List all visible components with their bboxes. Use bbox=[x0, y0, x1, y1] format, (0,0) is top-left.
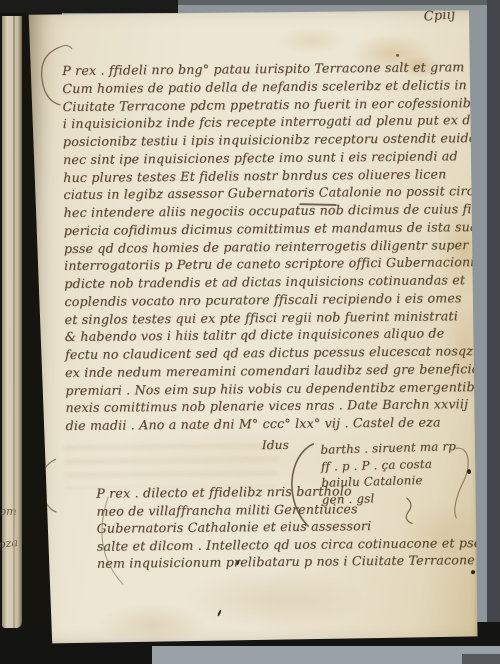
ink-bleedthrough bbox=[64, 443, 278, 489]
backdrop-top-left-black bbox=[0, 0, 178, 13]
manuscript-line: die madii . Ano a nate dni M° ccc° lxx° … bbox=[66, 413, 466, 435]
stain-spot bbox=[396, 54, 399, 57]
manuscript-line: nem inquisicionum prelibataru p nos i Ci… bbox=[97, 552, 467, 573]
backdrop-bottom-corner bbox=[462, 654, 500, 664]
folio-number: Cpiij bbox=[423, 7, 456, 24]
interline-note: Idus bbox=[262, 438, 289, 452]
manuscript-page: Cpiij P rex . ffideli nro bng° patau iur… bbox=[26, 9, 478, 644]
pen-stroke-mark bbox=[217, 609, 222, 616]
backdrop-right-band bbox=[487, 0, 500, 664]
ink-speck bbox=[471, 570, 475, 574]
royal-letter-2: P rex . dilecto et ffidelibz nris bartho… bbox=[96, 481, 467, 573]
book-edge-previous-pages: ɔm oza bbox=[2, 16, 22, 628]
manuscript-photo: ɔm oza Cpiij P rex . ffideli nro bng° pa… bbox=[0, 0, 500, 664]
royal-letter-1: P rex . ffideli nro bng° patau iurispito… bbox=[62, 58, 466, 435]
backdrop-bottom-strip bbox=[152, 646, 500, 664]
margin-mark-lower: oza bbox=[0, 536, 19, 551]
margin-mark-upper: ɔm bbox=[0, 505, 17, 518]
ink-speck bbox=[467, 469, 471, 474]
backdrop-top-edge bbox=[170, 0, 500, 5]
page-content: Cpiij P rex . ffideli nro bng° patau iur… bbox=[26, 5, 484, 644]
